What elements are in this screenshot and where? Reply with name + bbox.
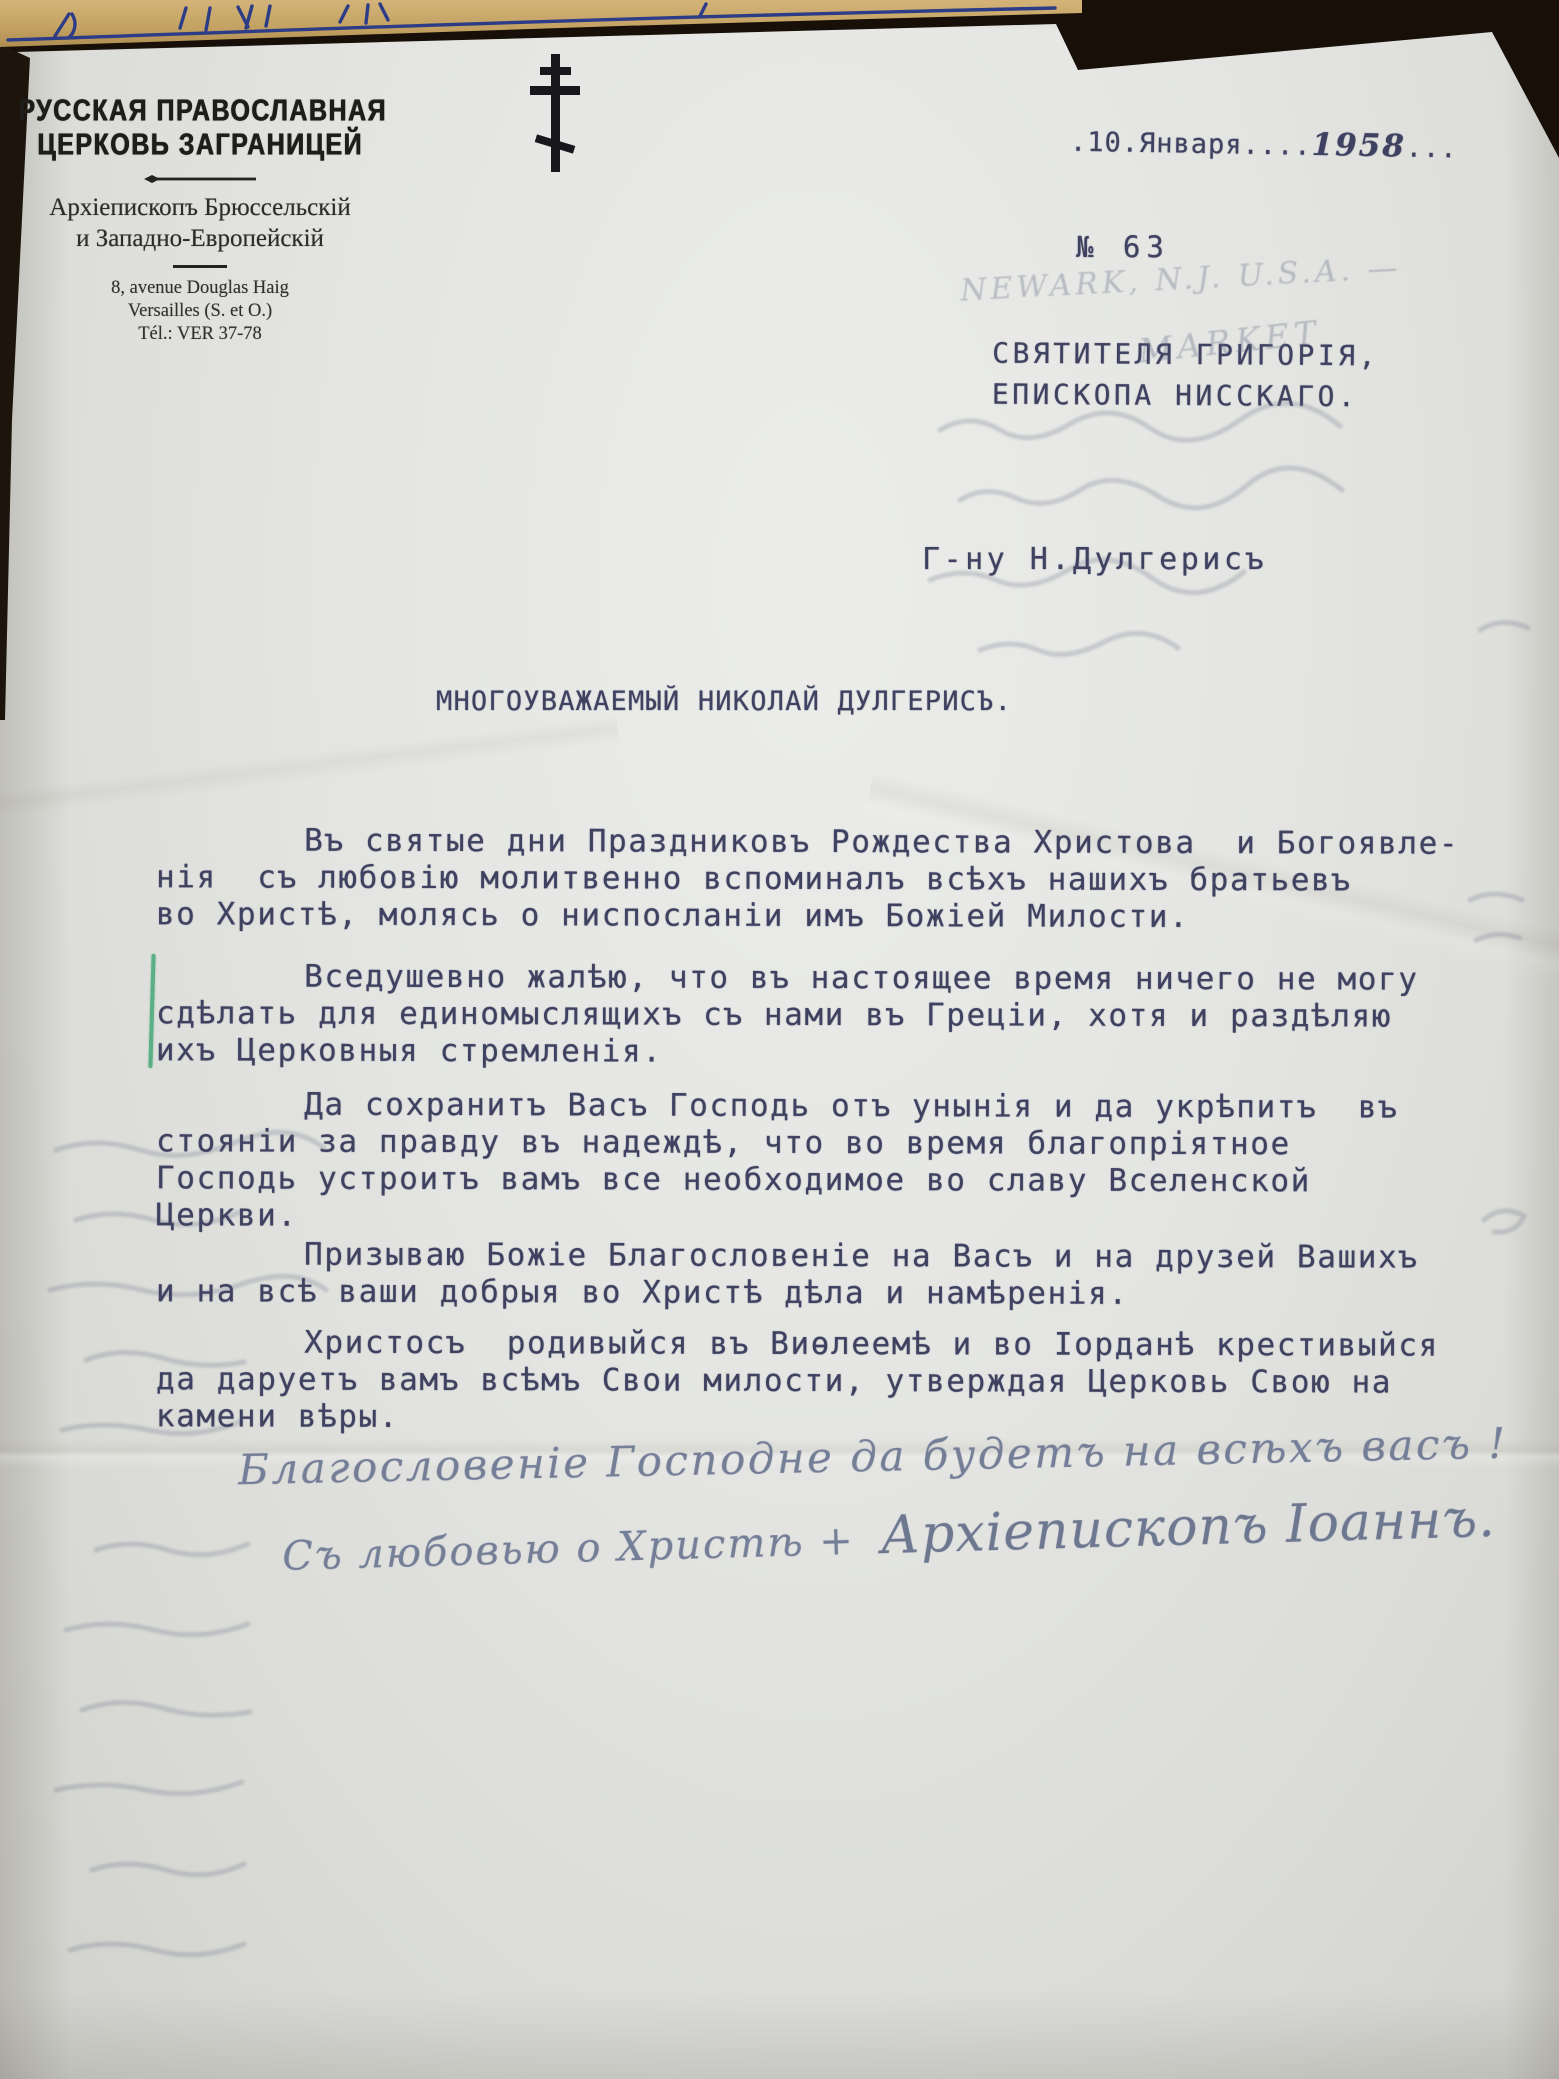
letterhead-address-line3: Tél.: VER 37-78 — [18, 323, 382, 346]
body-paragraph-3: Да сохранитъ Васъ Господь отъ унынія и д… — [156, 1086, 1486, 1237]
body-line: и на всѣ ваши добрыя во Христѣ дѣла и на… — [156, 1273, 1486, 1313]
letterhead-hierarch-line1: Архіепископъ Брюссельскій — [18, 192, 382, 223]
scanned-letter-photo: РУССКАЯ ПРАВОСЛАВНАЯ ЦЕРКОВЬ ЗАГРАНИЦЕЙ … — [0, 0, 1559, 2079]
feast-title-line2: ЕПИСКОПА НИССКАГО. — [992, 374, 1379, 418]
body-line: Христосъ родивыйся въ Виѳлеемѣ и во Іорд… — [156, 1324, 1486, 1364]
letterhead-rule — [173, 265, 227, 268]
addressee-line: Г-ну Н.Дулгерисъ — [922, 542, 1267, 577]
body-paragraph-2: Вседушевно жалѣю, что въ настоящее время… — [156, 958, 1486, 1072]
body-paragraph-4: Призываю Божіе Благословеніе на Васъ и н… — [156, 1236, 1486, 1313]
body-line: ихъ Церковныя стремленія. — [156, 1032, 1486, 1072]
body-line: Да сохранитъ Васъ Господь отъ унынія и д… — [156, 1086, 1486, 1126]
body-line: Господь устроитъ вамъ все необходимое во… — [156, 1160, 1486, 1200]
letterhead-divider — [140, 172, 260, 186]
body-line: Призываю Божіе Благословеніе на Васъ и н… — [156, 1236, 1486, 1276]
body-paragraph-5: Христосъ родивыйся въ Виѳлеемѣ и во Іорд… — [156, 1324, 1486, 1438]
body-line: стояніи за правду въ надеждѣ, что во вре… — [156, 1123, 1486, 1163]
reference-number: № 63 — [1076, 230, 1170, 264]
body-line: Церкви. — [156, 1197, 1486, 1237]
date-year: 1958 — [1311, 127, 1406, 165]
body-line: Вседушевно жалѣю, что въ настоящее время… — [156, 958, 1486, 998]
orthodox-cross-icon — [527, 54, 583, 172]
salutation-line: МНОГОУВАЖАЕМЫЙ НИКОЛАЙ ДУЛГЕРИСЪ. — [436, 686, 1012, 717]
date-typed-part: .10.Января.... — [1070, 127, 1312, 162]
body-line: во Христѣ, молясь о ниспосланіи имъ Божі… — [156, 896, 1486, 936]
body-line: нія съ любовію молитвенно вспоминалъ всѣ… — [156, 859, 1486, 899]
letterhead-org-line2: ЦЕРКОВЬ ЗАГРАНИЦЕЙ — [18, 124, 382, 165]
date-trailing-dots: ... — [1406, 132, 1458, 164]
body-line: да даруетъ вамъ всѣмъ Свои милости, утве… — [156, 1361, 1486, 1401]
date-line: .10.Января....1958... — [1070, 123, 1458, 166]
body-paragraph-1: Въ святые дни Праздниковъ Рождества Хрис… — [156, 822, 1486, 936]
letterhead-block: РУССКАЯ ПРАВОСЛАВНАЯ ЦЕРКОВЬ ЗАГРАНИЦЕЙ … — [18, 90, 382, 346]
body-line: Въ святые дни Праздниковъ Рождества Хрис… — [156, 822, 1486, 862]
letterhead-address-line2: Versailles (S. et O.) — [18, 300, 382, 323]
letterhead-address-line1: 8, avenue Douglas Haig — [18, 277, 382, 300]
body-line: сдѣлать для единомыслящихъ съ нами въ Гр… — [156, 995, 1486, 1035]
letterhead-hierarch-line2: и Западно-Европейскій — [18, 223, 382, 254]
